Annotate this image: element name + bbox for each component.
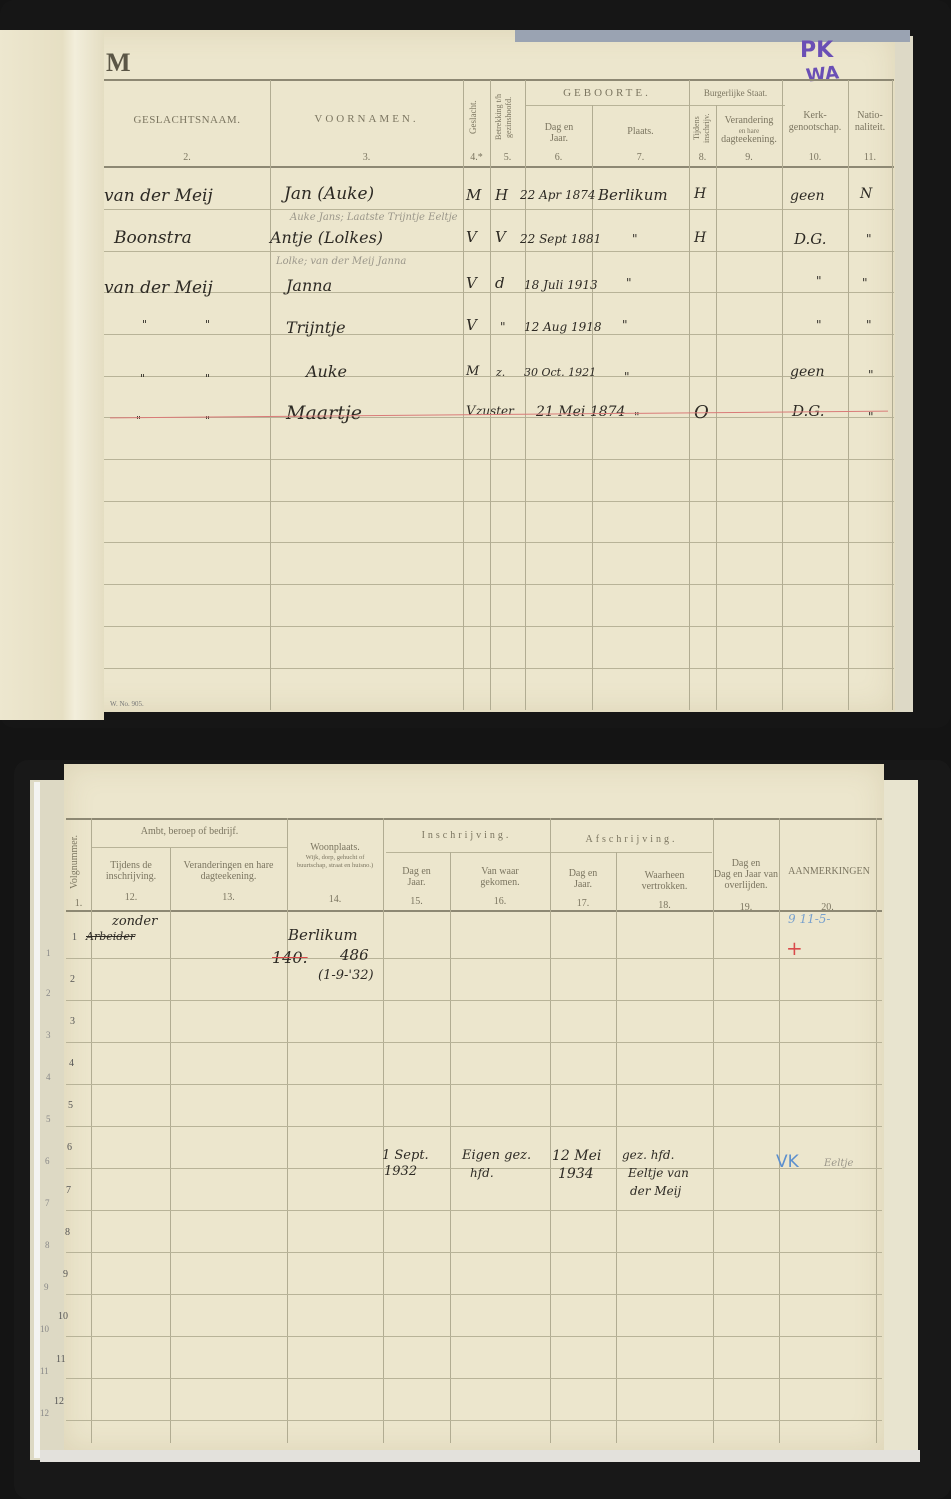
underpage-row-number: 6: [45, 1156, 50, 1166]
column-number: 18.: [616, 900, 713, 911]
cell-pencil-note: Lolke; van der Meij Janna: [276, 256, 406, 267]
header-woonplaats-sub: Wijk, dorp, gehucht of buurtschap, straa…: [292, 854, 378, 870]
underpage-row-number: 9: [44, 1282, 49, 1292]
header-overlijden: overlijden.: [713, 880, 779, 891]
row-number: 7: [66, 1185, 71, 1196]
waarheen-line1: gez. hfd.: [622, 1148, 674, 1162]
header-veranderingen: Veranderingen en hare: [170, 860, 287, 871]
occupation-zonder: zonder: [112, 914, 157, 929]
rule: [66, 1252, 882, 1253]
afschrijving-date: 12 Mei: [552, 1148, 601, 1164]
col-divider: [287, 818, 288, 1443]
cell-relation: z.: [496, 366, 505, 379]
underpage-row-number: 1: [46, 948, 51, 958]
cell-birth-date: 18 Juli 1913: [524, 278, 598, 292]
cell-relation: H: [495, 186, 508, 204]
cell-relation: zuster: [476, 404, 514, 418]
cell-given: Trijntje: [286, 318, 346, 337]
header-verandering: Verandering: [716, 115, 782, 126]
underpage-row-number: 2: [46, 988, 51, 998]
col-divider: [463, 80, 464, 710]
header-naliteit: naliteit.: [848, 122, 892, 133]
column-number: 8.: [689, 152, 716, 163]
rule: [104, 626, 894, 627]
cell-place: ": [624, 370, 630, 384]
waarheen-line3: der Meij: [630, 1184, 681, 1198]
header-volgnummer: Volgnummer.: [70, 826, 80, 898]
cell-pencil-note: Auke Jans; Laatste Trijntje Eeltje: [290, 212, 458, 223]
header-ambt: Ambt, beroep of bedrijf.: [92, 826, 287, 837]
column-number: 11.: [848, 152, 892, 163]
underpage-row-number: 8: [45, 1240, 50, 1250]
cell-surname: van der Meij: [104, 186, 213, 206]
residence-place: Berlikum: [288, 926, 358, 944]
cell-sex: M: [466, 364, 479, 379]
column-number: 15.: [383, 896, 450, 907]
cell-place: Berlikum: [598, 186, 668, 204]
column-number: 14.: [287, 894, 383, 905]
rule: [66, 1000, 882, 1001]
header-dag-en-17: Dag en: [550, 868, 616, 879]
column-number: 16.: [450, 896, 550, 907]
remark-red-cross: +: [786, 936, 803, 960]
underpage-row-number: 5: [46, 1114, 51, 1124]
column-number: 2.: [104, 152, 270, 163]
header-afschrijving-group: Afschrijving.: [550, 834, 713, 845]
rule: [104, 501, 894, 502]
cell-relation: d: [495, 274, 505, 292]
rule: [104, 668, 894, 669]
row-number: 5: [68, 1100, 73, 1111]
rule: [525, 105, 785, 106]
header-woonplaats: Woonplaats.: [287, 842, 383, 853]
residence-date: (1-9-'32): [318, 968, 374, 983]
cell-birth-date: 21 Mei 1874: [536, 404, 625, 420]
cell-birth-date: 30 Oct. 1921: [524, 366, 596, 379]
underpage-row-number: 7: [45, 1198, 50, 1208]
cell-church: geen: [790, 364, 825, 380]
header-inschrijving: inschrijving.: [92, 871, 170, 882]
cell-given: Jan (Auke): [284, 184, 374, 204]
row-number: 10: [58, 1311, 68, 1322]
col-divider: [689, 80, 690, 710]
cell-given: Maartje: [286, 402, 362, 424]
rule: [104, 459, 894, 460]
cell-sex: V: [466, 316, 477, 334]
header-dagteekening: dagteekening.: [170, 871, 287, 882]
rule: [104, 79, 894, 81]
rule: [66, 1126, 882, 1127]
rule: [92, 847, 288, 848]
cell-church: geen: [790, 188, 825, 204]
cell-surname-ditto: ": [205, 318, 210, 331]
header-dag-en-jaar: Dag en Jaar.: [540, 122, 578, 144]
col-divider: [383, 818, 384, 1443]
row-number: 1: [72, 932, 77, 943]
page-stack-edge: [895, 36, 913, 712]
form-number: W. No. 905.: [110, 700, 144, 708]
header-tijdens-inschrijv: Tijdens inschrijv.: [692, 108, 714, 148]
underpage-row-number: 10: [40, 1324, 49, 1334]
header-jaar-15: Jaar.: [383, 877, 450, 888]
header-vertrokken: vertrokken.: [616, 881, 713, 892]
cell-sex: M: [466, 186, 481, 204]
cell-sex: V: [466, 404, 475, 419]
remark-row1: 9 11-5-: [788, 912, 830, 926]
cell-marital: H: [694, 230, 706, 246]
header-geboorte: GEBOORTE.: [525, 88, 689, 99]
row-number: 2: [70, 974, 75, 985]
column-number: 6.: [525, 152, 592, 163]
cell-nationality: ": [868, 368, 874, 382]
remark-vk: VK: [776, 1152, 799, 1172]
header-gekomen: gekomen.: [450, 877, 550, 888]
row-number: 12: [54, 1396, 64, 1407]
cell-nationality: N: [860, 186, 872, 202]
rule: [104, 251, 894, 252]
cell-given: Antje (Lolkes): [270, 228, 383, 247]
underpage-row-number: 3: [46, 1030, 51, 1040]
header-geslacht: Geslacht.: [468, 88, 478, 146]
cell-surname: ": [142, 318, 147, 331]
header-plaats: Plaats.: [592, 126, 689, 137]
header-jaar-van: Dag en Jaar van: [713, 869, 779, 880]
van-waar-gekomen-2: hfd.: [470, 1166, 494, 1180]
rule: [66, 1210, 882, 1211]
blue-index-tab: [515, 30, 910, 42]
cell-surname: van der Meij: [104, 278, 213, 298]
page-stack-right: [884, 780, 918, 1460]
col-divider: [848, 80, 849, 710]
cell-surname: ": [140, 372, 145, 385]
waarheen-line2: Eeltje van: [628, 1166, 689, 1180]
col-divider: [616, 852, 617, 1443]
row-number: 11: [56, 1354, 66, 1365]
header-geslachtsnaam: GESLACHTSNAAM.: [104, 115, 270, 126]
cell-place: ": [622, 318, 628, 332]
column-number: 4.*: [463, 152, 490, 163]
column-number: 19.: [713, 902, 779, 913]
col-divider: [450, 852, 451, 1443]
header-dagteekening: dagteekening.: [716, 134, 782, 145]
rule: [104, 334, 894, 335]
underpage-row-number: 11: [40, 1366, 49, 1376]
cell-surname: Boonstra: [114, 228, 192, 248]
cell-church: ": [816, 318, 822, 332]
rule: [66, 1042, 882, 1043]
cell-nationality: ": [866, 318, 872, 332]
col-divider: [270, 80, 271, 710]
header-burgerlijke-staat: Burgerlijke Staat.: [689, 88, 782, 99]
underpage-row-number: 4: [46, 1072, 51, 1082]
page-stack-bottom: [40, 1450, 920, 1462]
rule: [104, 542, 894, 543]
cell-place: ": [626, 276, 632, 290]
cell-church: ": [816, 274, 822, 288]
header-van-waar: Van waar: [450, 866, 550, 877]
cell-place: ": [632, 232, 638, 246]
row-number: 8: [65, 1227, 70, 1238]
header-dag-en-15: Dag en: [383, 866, 450, 877]
column-number: 3.: [270, 152, 463, 163]
col-divider: [876, 818, 877, 1443]
header-dag-en-19: Dag en: [713, 858, 779, 869]
stamp-wa: WA: [805, 62, 840, 86]
page-letter: M: [106, 48, 131, 78]
inschrijving-year: 1932: [384, 1164, 417, 1179]
column-number: 12.: [92, 892, 170, 903]
cell-marital: H: [694, 186, 706, 202]
cell-church: D.G.: [794, 230, 826, 248]
rule: [66, 1420, 882, 1421]
cell-given: Auke: [306, 362, 347, 381]
header-voornamen: VOORNAMEN.: [270, 114, 463, 125]
cell-nationality: ": [866, 232, 872, 246]
residence-old-number: 140.: [272, 948, 308, 967]
cell-given: Janna: [286, 276, 332, 295]
row-number: 3: [70, 1016, 75, 1027]
column-number: 10.: [782, 152, 848, 163]
col-divider: [782, 80, 783, 710]
cell-sex: V: [466, 228, 477, 246]
van-waar-gekomen: Eigen gez.: [462, 1148, 531, 1163]
header-genootschap: genootschap.: [782, 122, 848, 133]
cell-sex: V: [466, 274, 477, 292]
cell-relation: V: [495, 228, 506, 246]
column-number: 5.: [490, 152, 525, 163]
rule: [66, 818, 882, 820]
col-divider: [716, 105, 717, 710]
remark-vk-note: Eeltje: [824, 1158, 853, 1169]
rule: [104, 209, 894, 210]
rule: [66, 1378, 882, 1379]
col-divider: [170, 848, 171, 1443]
col-divider: [892, 80, 893, 710]
column-number: 9.: [716, 152, 782, 163]
cell-birth-date: 22 Apr 1874: [520, 188, 596, 202]
underpage-row-number: 12: [40, 1408, 49, 1418]
rule: [66, 1336, 882, 1337]
binding-gutter: [0, 30, 104, 720]
row-number: 6: [67, 1142, 72, 1153]
rule: [386, 852, 712, 853]
row-number: 4: [69, 1058, 74, 1069]
column-number: 1.: [66, 898, 91, 909]
rule: [66, 1084, 882, 1085]
page-edge-white: [34, 782, 40, 1458]
rule: [66, 958, 882, 959]
rule: [104, 584, 894, 585]
header-aanmerkingen: AANMERKINGEN: [779, 866, 879, 877]
col-divider: [490, 80, 491, 710]
cell-surname: ": [136, 414, 141, 427]
header-inschrijving-group: Inschrijving.: [383, 830, 550, 841]
cell-nationality: ": [868, 410, 874, 424]
afschrijving-year: 1934: [558, 1166, 594, 1182]
col-divider: [525, 80, 526, 710]
cell-nationality: ": [862, 276, 868, 290]
col-divider: [91, 818, 92, 1443]
header-jaar-17: Jaar.: [550, 879, 616, 890]
header-kerk: Kerk-: [782, 110, 848, 121]
row-number: 9: [63, 1269, 68, 1280]
rule: [104, 166, 894, 168]
cell-relation: ": [500, 320, 506, 334]
rule: [104, 292, 894, 293]
stamp-pk: PK: [800, 38, 833, 63]
cell-surname-ditto: ": [205, 372, 210, 385]
rule: [66, 1294, 882, 1295]
column-number: 7.: [592, 152, 689, 163]
cell-birth-date: 12 Aug 1918: [524, 320, 602, 334]
cell-birth-date: 22 Sept 1881: [520, 232, 601, 246]
column-number: 13.: [170, 892, 287, 903]
header-betrekking: Betrekking t/h gezinshoofd.: [494, 86, 520, 148]
occupation-struck: Arbeider: [86, 930, 135, 943]
header-waarheen: Waarheen: [616, 870, 713, 881]
column-number: 17.: [550, 898, 616, 909]
col-divider: [550, 818, 551, 1443]
header-tijdens-de: Tijdens de: [92, 860, 170, 871]
residence-new-number: 486: [340, 946, 369, 964]
header-natio: Natio-: [848, 110, 892, 121]
inschrijving-date: 1 Sept.: [382, 1148, 429, 1163]
